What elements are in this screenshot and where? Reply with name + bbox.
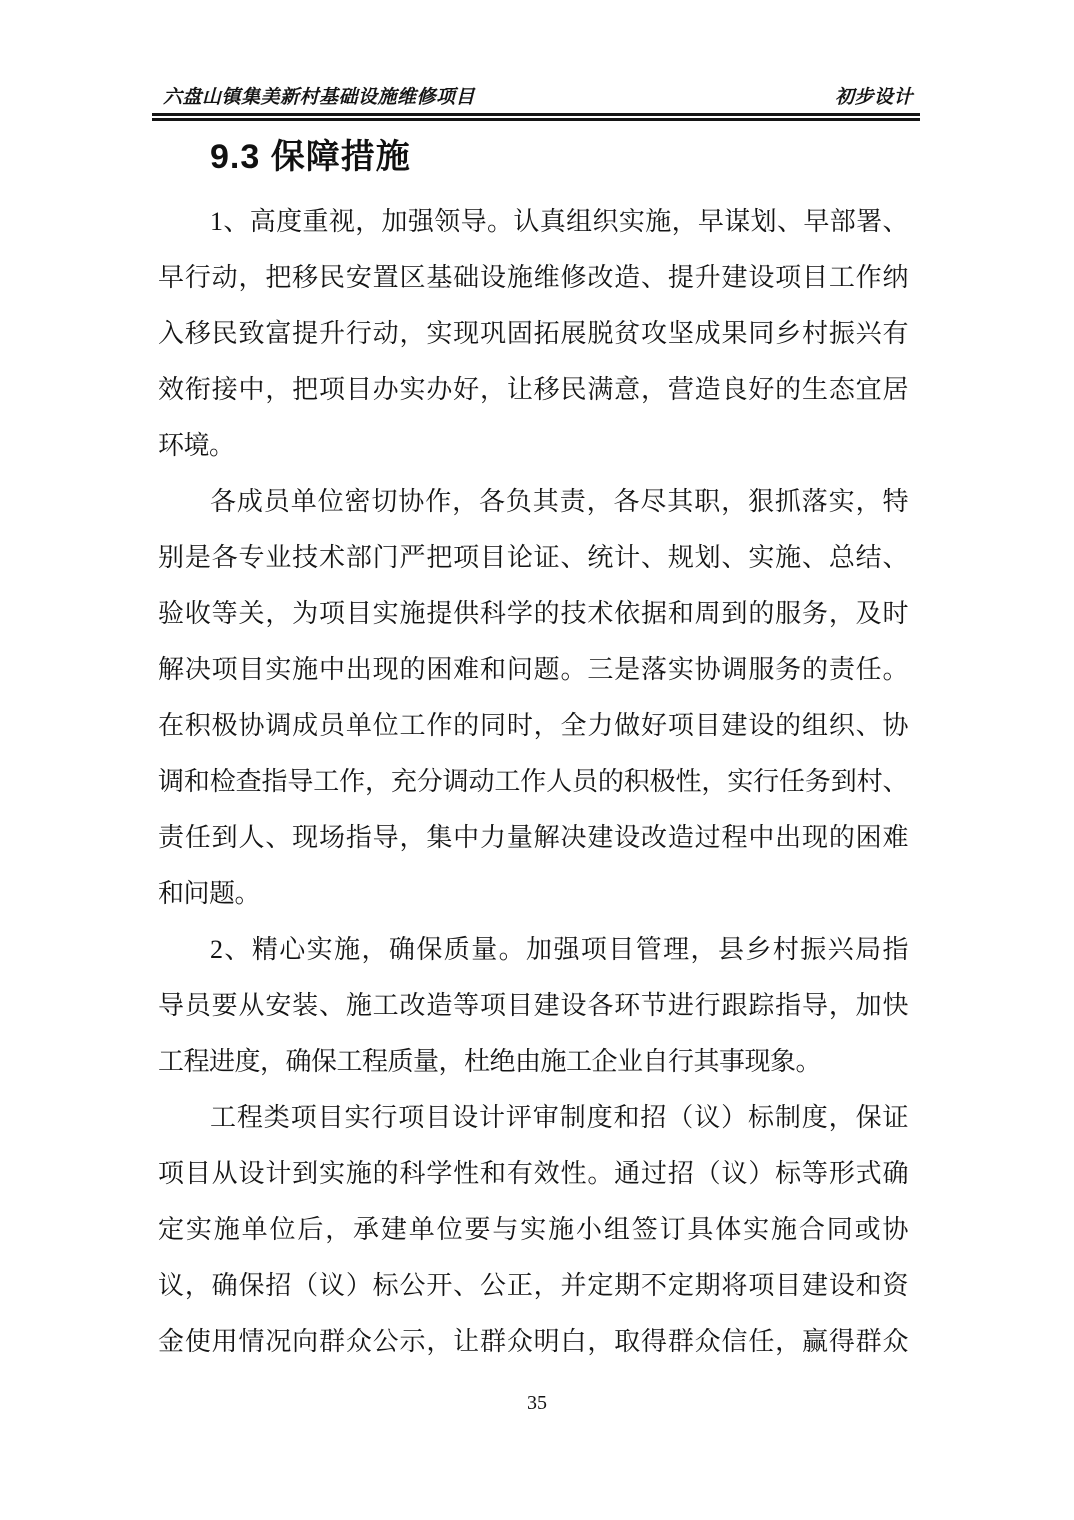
body-text-line: 金使用情况向群众公示，让群众明白，取得群众信任，赢得群众 <box>158 1314 908 1370</box>
body-text-line: 责任到人、现场指导，集中力量解决建设改造过程中出现的困难 <box>158 810 908 866</box>
page-footer: 35 <box>0 1392 1074 1415</box>
paragraph-list: 1、高度重视，加强领导。认真组织实施，早谋划、早部署、早行动，把移民安置区基础设… <box>158 194 908 1370</box>
body-text-line: 定实施单位后，承建单位要与实施小组签订具体实施合同或协 <box>158 1202 908 1258</box>
body-text-line: 各成员单位密切协作，各负其责，各尽其职，狠抓落实，特 <box>158 474 908 530</box>
document-page: 六盘山镇集美新村基础设施维修项目 初步设计 9.3 保障措施 1、高度重视，加强… <box>0 0 1074 1520</box>
section-heading: 9.3 保障措施 <box>210 134 908 180</box>
page-number: 35 <box>527 1392 547 1414</box>
body-text-line: 调和检查指导工作，充分调动工作人员的积极性，实行任务到村、 <box>158 754 908 810</box>
document-body: 9.3 保障措施 1、高度重视，加强领导。认真组织实施，早谋划、早部署、早行动，… <box>158 0 908 1370</box>
body-text-line: 早行动，把移民安置区基础设施维修改造、提升建设项目工作纳 <box>158 250 908 306</box>
body-text-line: 议，确保招（议）标公开、公正，并定期不定期将项目建设和资 <box>158 1258 908 1314</box>
body-text-line: 工程进度，确保工程质量，杜绝由施工企业自行其事现象。 <box>158 1034 908 1090</box>
body-text-line: 效衔接中，把项目办实办好，让移民满意，营造良好的生态宜居 <box>158 362 908 418</box>
body-text-line: 验收等关，为项目实施提供科学的技术依据和周到的服务，及时 <box>158 586 908 642</box>
body-text-line: 解决项目实施中出现的困难和问题。三是落实协调服务的责任。 <box>158 642 908 698</box>
body-text-line: 在积极协调成员单位工作的同时，全力做好项目建设的组织、协 <box>158 698 908 754</box>
body-text-line: 入移民致富提升行动，实现巩固拓展脱贫攻坚成果同乡村振兴有 <box>158 306 908 362</box>
body-text-line: 1、高度重视，加强领导。认真组织实施，早谋划、早部署、 <box>158 194 908 250</box>
body-text-line: 和问题。 <box>158 866 908 922</box>
body-text-line: 导员要从安装、施工改造等项目建设各环节进行跟踪指导，加快 <box>158 978 908 1034</box>
body-text-line: 环境。 <box>158 418 908 474</box>
body-text-line: 工程类项目实行项目设计评审制度和招（议）标制度，保证 <box>158 1090 908 1146</box>
body-text-line: 别是各专业技术部门严把项目论证、统计、规划、实施、总结、 <box>158 530 908 586</box>
body-text-line: 2、精心实施，确保质量。加强项目管理，县乡村振兴局指 <box>158 922 908 978</box>
body-text-line: 项目从设计到实施的科学性和有效性。通过招（议）标等形式确 <box>158 1146 908 1202</box>
